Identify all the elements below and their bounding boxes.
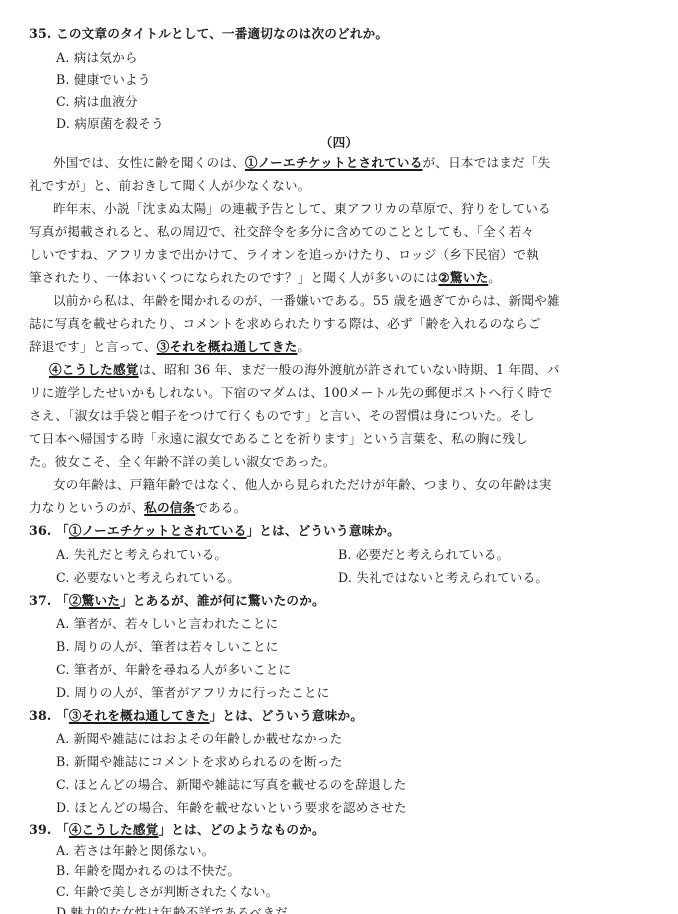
question-35-stem: 35. この文章のタイトルとして、一番適切なのは次のどれか。 bbox=[29, 26, 388, 42]
underlined-phrase-5: 私の信条 bbox=[144, 500, 195, 515]
stem-text: 」とあるが、誰が何に驚いたのか。 bbox=[120, 593, 325, 608]
passage-text: 。 bbox=[297, 339, 310, 354]
question-35-option-a: A. 病は気から bbox=[56, 50, 138, 66]
passage-line: ④こうした感覚は、昭和 36 年、まだ一般の海外渡航が許されていない時期、1 年… bbox=[29, 362, 673, 378]
passage-text: 。 bbox=[488, 270, 501, 285]
passage-text: 辞退です」と言って、 bbox=[29, 339, 157, 354]
stem-text: 」とは、どういう意味か。 bbox=[247, 523, 401, 538]
stem-underline: ③それを概ね通してきた bbox=[69, 708, 210, 723]
underlined-phrase-3: ③それを概ね通してきた bbox=[157, 339, 298, 354]
question-35-option-c: C. 病は血液分 bbox=[56, 94, 138, 110]
passage-line: 以前から私は、年齢を聞かれるのが、一番嫌いである。55 歳を過ぎてからは、新聞や… bbox=[29, 293, 677, 309]
question-37-option-a: A. 筆者が、若々しいと言われたことに bbox=[56, 616, 278, 632]
passage-text: 力なりというのが、 bbox=[29, 500, 144, 515]
question-38-option-b: B. 新聞や雑誌にコメントを求められるのを断った bbox=[56, 754, 343, 770]
passage-line: て日本へ帰国する時「永遠に淑女であることを祈ります」という言葉を、私の胸に残し bbox=[29, 431, 653, 447]
passage-line: 外国では、女性に齢を聞くのは、①ノーエチケットとされているが、日本ではまだ「失 bbox=[29, 155, 677, 171]
underlined-phrase-4: ④こうした感覚 bbox=[49, 362, 139, 377]
passage-line: 力なりというのが、私の信条である。 bbox=[29, 500, 653, 516]
exam-page: 35. この文章のタイトルとして、一番適切なのは次のどれか。 A. 病は気から … bbox=[0, 0, 678, 914]
passage-line: 礼ですが」と、前おきして聞く人が少なくない。 bbox=[29, 178, 653, 194]
question-39-option-c: C. 年齢で美しさが判断されたくない。 bbox=[56, 884, 279, 900]
stem-text: 37. 「 bbox=[29, 593, 69, 608]
passage-text: 外国では、女性に齢を聞くのは、 bbox=[53, 155, 245, 170]
stem-text: 」とは、どのようなものか。 bbox=[158, 822, 324, 837]
passage-line: リに遊学したせいかもしれない。下宿のマダムは、100メートル先の郵便ポストへ行く… bbox=[29, 385, 653, 401]
passage-line: 筆されたり、一体おいくつになられたのです？」と聞く人が多いのには②驚いた。 bbox=[29, 270, 653, 286]
stem-underline: ④こうした感覚 bbox=[69, 822, 159, 837]
question-38-stem: 38. 「③それを概ね通してきた」とは、どういう意味か。 bbox=[29, 708, 363, 724]
question-39-stem: 39. 「④こうした感覚」とは、どのようなものか。 bbox=[29, 822, 325, 838]
stem-underline: ①ノーエチケットとされている bbox=[69, 523, 247, 538]
stem-underline: ②驚いた bbox=[69, 593, 120, 608]
underlined-phrase-2: ②驚いた bbox=[438, 270, 488, 285]
question-36-option-c: C. 必要ないと考えられている。 bbox=[56, 570, 240, 586]
passage-text: である。 bbox=[195, 500, 246, 515]
passage-line: 女の年齢は、戸籍年齢ではなく、他人から見られただけが年齢、つまり、女の年齢は実 bbox=[29, 477, 677, 493]
question-38-option-a: A. 新聞や雑誌にはおよその年齢しか載せなかった bbox=[56, 731, 342, 747]
stem-text: 39. 「 bbox=[29, 822, 69, 837]
question-39-option-b: B. 年齢を聞かれるのは不快だ。 bbox=[56, 863, 240, 879]
question-36-option-d: D. 失礼ではないと考えられている。 bbox=[338, 570, 548, 586]
section-title: （四） bbox=[0, 135, 678, 151]
question-36-stem: 36. 「①ノーエチケットとされている」とは、どういう意味か。 bbox=[29, 523, 400, 539]
stem-text: 38. 「 bbox=[29, 708, 69, 723]
question-36-option-b: B. 必要だと考えられている。 bbox=[338, 547, 509, 563]
passage-text: は、昭和 36 年、まだ一般の海外渡航が許されていない時期、1 年間、パ bbox=[139, 362, 560, 377]
underlined-phrase-1: ①ノーエチケットとされている bbox=[245, 155, 423, 170]
passage-line: さえ、「淑女は手袋と帽子をつけて行くものです」と言い、その習慣は身についた。そし bbox=[29, 408, 653, 424]
question-38-option-c: C. ほとんどの場合、新聞や雑誌に写真を載せるのを辞退した bbox=[56, 777, 406, 793]
passage-line: しいですね、アフリカまで出かけて、ライオンを追っかけたり、ロッジ（乡下民宿）で執 bbox=[29, 247, 653, 263]
question-39-option-a: A. 若さは年齢と関係ない。 bbox=[56, 843, 214, 859]
passage-line: 昨年末、小説「沈まぬ太陽」の連載予告として、東アフリカの草原で、狩りをしている bbox=[29, 201, 677, 217]
question-36-option-a: A. 失礼だと考えられている。 bbox=[56, 547, 227, 563]
question-37-option-b: B. 周りの人が、筆者は若々しいことに bbox=[56, 639, 279, 655]
question-37-option-c: C. 筆者が、年齢を尋ねる人が多いことに bbox=[56, 662, 291, 678]
question-35-option-d: D. 病原菌を殺そう bbox=[56, 116, 164, 132]
question-39-option-d: D 魅力的な女性は年齢不詳であるべきだ。 bbox=[56, 905, 301, 914]
question-37-stem: 37. 「②驚いた」とあるが、誰が何に驚いたのか。 bbox=[29, 593, 325, 609]
question-35-option-b: B. 健康でいよう bbox=[56, 72, 151, 88]
passage-line: 辞退です」と言って、③それを概ね通してきた。 bbox=[29, 339, 653, 355]
stem-text: 」とは、どういう意味か。 bbox=[210, 708, 364, 723]
passage-line: た。彼女こそ、全く年齢不詳の美しい淑女であった。 bbox=[29, 454, 653, 470]
passage-line: 誌に写真を載せられたり、コメントを求められたりする際は、必ず「齢を入れるのならご bbox=[29, 316, 653, 332]
passage-text: が、日本ではまだ「失 bbox=[423, 155, 551, 170]
stem-text: 36. 「 bbox=[29, 523, 69, 538]
passage-text: 筆されたり、一体おいくつになられたのです？」と聞く人が多いのには bbox=[29, 270, 438, 285]
question-37-option-d: D. 周りの人が、筆者がアフリカに行ったことに bbox=[56, 685, 330, 701]
question-38-option-d: D. ほとんどの場合、年齢を載せないという要求を認めさせた bbox=[56, 800, 407, 816]
passage-line: 写真が掲載されると、私の周辺で、社交辞令を多分に含めてのこととしても、「全く若々 bbox=[29, 224, 653, 240]
